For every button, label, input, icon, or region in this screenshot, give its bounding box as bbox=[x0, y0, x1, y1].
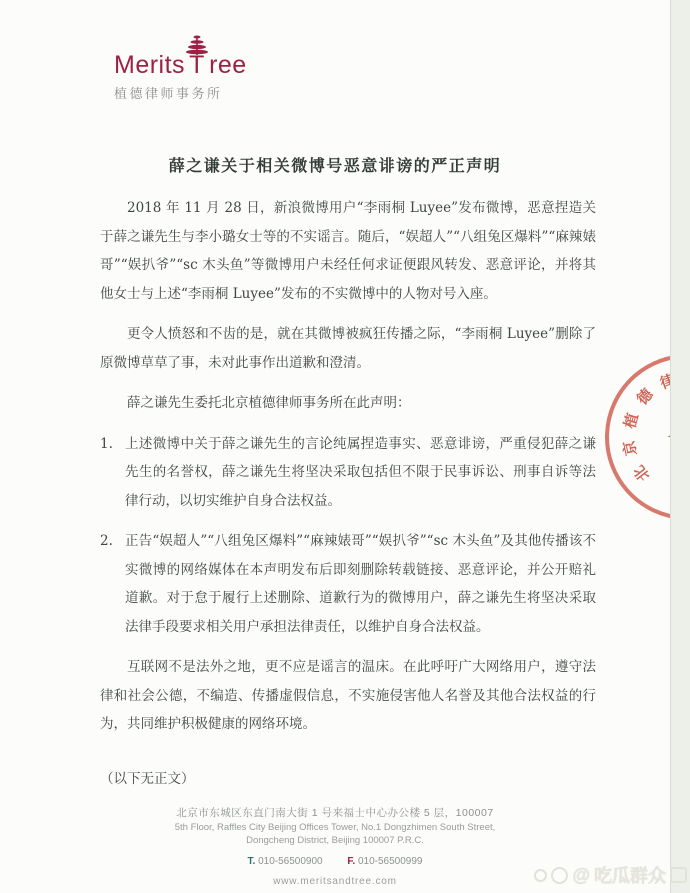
weibo-logo-icon bbox=[534, 869, 547, 882]
watermark-badge-icon bbox=[670, 867, 687, 883]
item-number: 1. bbox=[100, 430, 125, 516]
address-en-line1: 5th Floor, Raffles City Beijing Offices … bbox=[0, 821, 670, 834]
weibo-eye-icon bbox=[551, 867, 568, 884]
paragraph-appeal: 互联网不是法外之地，更不应是谣言的温床。在此呼吁广大网络用户，遵守法律和社会公德… bbox=[100, 653, 596, 739]
watermark-handle: 吃瓜群众 bbox=[594, 862, 666, 888]
merits-tree-logo: Merits Tree 植德律师事务所 bbox=[114, 34, 247, 102]
logo-cn-name: 植德律师事务所 bbox=[114, 83, 247, 102]
paragraph-background: 2018 年 11 月 28 日，新浪微博用户“李雨桐 Luyee”发布微博，恶… bbox=[100, 194, 596, 308]
tel-number: 010-56500900 bbox=[258, 856, 323, 867]
logo-text-merits: Merits bbox=[114, 53, 185, 78]
statement-body: 2018 年 11 月 28 日，新浪微博用户“李雨桐 Luyee”发布微博，恶… bbox=[100, 194, 596, 805]
fax-label: F. bbox=[347, 856, 355, 867]
statement-item-2: 2. 正告“娱超人”“八组兔区爆料”“麻辣婊哥”“娱扒爷”“sc 木头鱼”及其他… bbox=[100, 527, 596, 641]
no-more-text-note: （以下无正文） bbox=[100, 765, 596, 794]
paragraph-entrust: 薛之谦先生委托北京植德律师事务所在此声明： bbox=[100, 389, 596, 418]
item-number: 2. bbox=[100, 527, 125, 641]
statement-scan-page: Merits Tree 植德律师事务所 薛之谦关于相关微博号恶意诽谤的严正声明 … bbox=[0, 0, 690, 893]
address-cn: 北京市东城区东直门南大街 1 号来福士中心办公楼 5 层，100007 bbox=[0, 806, 670, 821]
scan-edge-strip bbox=[670, 0, 690, 893]
statement-title: 薛之谦关于相关微博号恶意诽谤的严正声明 bbox=[0, 153, 670, 176]
item-text: 正告“娱超人”“八组兔区爆料”“麻辣婊哥”“娱扒爷”“sc 木头鱼”及其他传播该… bbox=[125, 527, 596, 641]
weibo-watermark: @ 吃瓜群众 bbox=[534, 862, 687, 888]
logo-text-ree: ree bbox=[209, 53, 247, 78]
watermark-at-symbol: @ bbox=[572, 865, 590, 886]
address-en-line2: Dongcheng District, Beijing 100007 P.R.C… bbox=[0, 834, 670, 847]
item-text: 上述微博中关于薛之谦先生的言论纯属捏造事实、恶意诽谤，严重侵犯薛之谦先生的名誉权… bbox=[125, 430, 596, 516]
logo-text-t: T bbox=[189, 53, 205, 78]
logo-wordmark: Merits Tree bbox=[114, 34, 247, 78]
fax-number: 010-56500999 bbox=[358, 856, 423, 867]
tel-label: T. bbox=[248, 856, 256, 867]
statement-item-1: 1. 上述微博中关于薛之谦先生的言论纯属捏造事实、恶意诽谤，严重侵犯薛之谦先生的… bbox=[100, 430, 596, 516]
paragraph-anger: 更令人愤怒和不齿的是，就在其微博被疯狂传播之际，“李雨桐 Luyee”删除了原微… bbox=[100, 320, 596, 377]
